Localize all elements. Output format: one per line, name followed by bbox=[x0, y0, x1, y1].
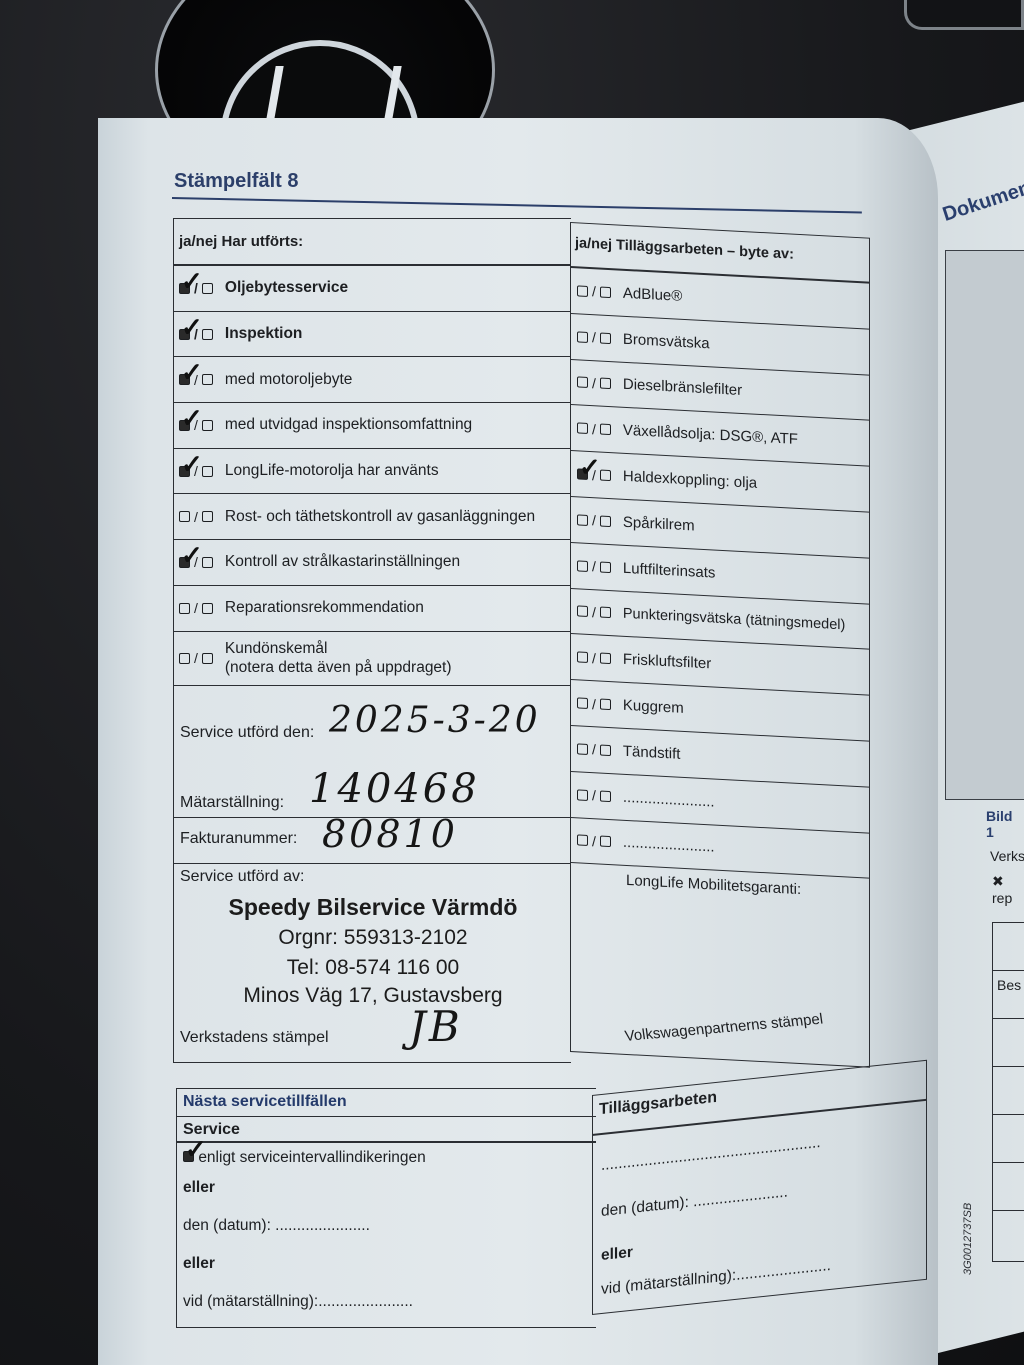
checklist-row: /med utvidgad inspektionsomfattning bbox=[174, 403, 571, 449]
slash-separator: / bbox=[592, 558, 596, 574]
workshop-orgnr: Orgnr: 559313-2102 bbox=[174, 926, 572, 950]
yes-no-checkbox-pair: / bbox=[577, 558, 611, 576]
checklist-label: ...................... bbox=[623, 788, 715, 810]
yes-checkbox[interactable] bbox=[179, 329, 190, 340]
table-row bbox=[993, 923, 1024, 971]
table-row bbox=[993, 1115, 1024, 1163]
longlife-guarantee-label: LongLife Mobilitetsgaranti: bbox=[626, 872, 801, 898]
checklist-row: /Kundönskemål(notera detta även på uppdr… bbox=[174, 632, 571, 686]
checklist-row: /med motoroljebyte bbox=[174, 357, 571, 403]
workshop-phone: Tel: 08-574 116 00 bbox=[174, 956, 572, 980]
checklist-label: ...................... bbox=[623, 834, 715, 856]
slash-separator: / bbox=[592, 742, 596, 758]
yes-checkbox[interactable] bbox=[577, 285, 588, 297]
no-checkbox[interactable] bbox=[202, 466, 213, 477]
odometer-label: Mätarställning: bbox=[180, 794, 284, 812]
right-page-table: Bes bbox=[992, 922, 1024, 1262]
invoice-label: Fakturanummer: bbox=[180, 830, 297, 848]
yes-no-checkbox-pair: / bbox=[179, 326, 213, 342]
service-interval-option[interactable]: enligt serviceintervallindikeringen bbox=[183, 1149, 426, 1167]
checklist-label: Tändstift bbox=[623, 743, 681, 763]
next-odometer-field[interactable]: vid (mätarställning):...................… bbox=[183, 1293, 413, 1311]
additional-work-field[interactable]: ........................................… bbox=[601, 1134, 821, 1175]
no-checkbox[interactable] bbox=[600, 744, 611, 756]
checklist-label: Punkteringsvätska (tätningsmedel) bbox=[623, 606, 845, 634]
additional-date-field[interactable]: den (datum): ...................... bbox=[601, 1183, 788, 1221]
yes-checkbox[interactable] bbox=[179, 603, 190, 614]
performed-work-table: ja/nej Har utförts: /Oljebytesservice/In… bbox=[173, 218, 571, 1063]
invoice-value[interactable]: 80810 bbox=[322, 812, 458, 856]
slash-separator: / bbox=[592, 284, 596, 300]
no-checkbox[interactable] bbox=[600, 790, 611, 802]
yes-no-checkbox-pair: / bbox=[577, 741, 611, 759]
yes-checkbox[interactable] bbox=[179, 557, 190, 568]
right-page-text: Verks bbox=[990, 848, 1024, 864]
no-checkbox[interactable] bbox=[202, 557, 213, 568]
no-checkbox[interactable] bbox=[600, 561, 611, 573]
workshop-address: Minos Väg 17, Gustavsberg bbox=[174, 984, 572, 1008]
or-label: eller bbox=[183, 1255, 215, 1273]
yes-no-checkbox-pair: / bbox=[577, 420, 611, 438]
additional-work-table: ja/nej Tilläggsarbeten – byte av: /AdBlu… bbox=[570, 222, 870, 1068]
vw-partner-stamp-label: Volkswagenpartnerns stämpel bbox=[624, 1011, 825, 1045]
checklist-label: LongLife-motorolja har använts bbox=[225, 462, 439, 480]
checklist-label: Friskluftsfilter bbox=[623, 651, 711, 673]
no-checkbox[interactable] bbox=[600, 836, 611, 848]
table-row bbox=[993, 1163, 1024, 1211]
yes-no-checkbox-pair: / bbox=[179, 650, 213, 666]
checklist-label-main: Kundönskemål bbox=[225, 639, 452, 658]
slash-separator: / bbox=[592, 787, 596, 803]
table-row bbox=[993, 1067, 1024, 1115]
signature: JB bbox=[409, 1002, 463, 1051]
no-checkbox[interactable] bbox=[600, 699, 611, 711]
checklist-label: Reparationsrekommendation bbox=[225, 599, 424, 617]
yes-checkbox[interactable] bbox=[577, 652, 588, 664]
yes-no-checkbox-pair: / bbox=[179, 280, 213, 296]
yes-no-checkbox-pair: / bbox=[179, 463, 213, 479]
yes-checkbox[interactable] bbox=[577, 514, 588, 526]
workshop-stamp-label: Verkstadens stämpel bbox=[180, 1029, 329, 1047]
yes-no-checkbox-pair: / bbox=[577, 832, 611, 850]
slash-separator: / bbox=[592, 329, 596, 345]
checklist-label: Kontroll av strålkastarinställningen bbox=[225, 553, 460, 571]
yes-checkbox[interactable] bbox=[577, 560, 588, 572]
right-page-text: ✖ rep bbox=[992, 873, 1024, 906]
right-page-figure bbox=[945, 250, 1024, 800]
no-checkbox[interactable] bbox=[202, 653, 213, 664]
table-row: Bes bbox=[993, 971, 1024, 1019]
slash-separator: / bbox=[592, 650, 596, 666]
performed-by-label: Service utförd av: bbox=[180, 868, 305, 886]
yes-checkbox[interactable] bbox=[577, 423, 588, 435]
or-label: eller bbox=[601, 1244, 633, 1265]
checklist-label: Inspektion bbox=[225, 325, 303, 343]
no-checkbox[interactable] bbox=[202, 603, 213, 614]
no-checkbox[interactable] bbox=[600, 286, 611, 298]
yes-no-checkbox-pair: / bbox=[577, 466, 611, 484]
workshop-stamp-block: Service utförd av: Speedy Bilservice Vär… bbox=[174, 864, 571, 1050]
table-row bbox=[993, 1019, 1024, 1067]
checklist-row: /Oljebytesservice bbox=[174, 266, 571, 312]
table-cell: Bes bbox=[997, 977, 1021, 993]
no-checkbox[interactable] bbox=[202, 420, 213, 431]
yes-checkbox[interactable] bbox=[179, 374, 190, 385]
yes-checkbox[interactable] bbox=[577, 743, 588, 755]
slash-separator: / bbox=[592, 833, 596, 849]
no-checkbox[interactable] bbox=[600, 378, 611, 390]
checklist-label-note: (notera detta även på uppdraget) bbox=[225, 658, 452, 677]
document-code: 3G0012737SB bbox=[962, 1203, 974, 1275]
checklist-label: Dieselbränslefilter bbox=[623, 376, 742, 399]
checklist-label: Kundönskemål(notera detta även på uppdra… bbox=[225, 639, 452, 677]
no-checkbox[interactable] bbox=[600, 607, 611, 619]
service-date-label: Service utförd den: bbox=[180, 724, 314, 742]
checklist-label: Luftfilterinsats bbox=[623, 559, 716, 581]
checklist-label: med motoroljebyte bbox=[225, 371, 353, 389]
yes-checkbox[interactable] bbox=[179, 511, 190, 522]
checklist-row: /Kontroll av strålkastarinställningen bbox=[174, 540, 571, 586]
yes-no-checkbox-pair: / bbox=[577, 512, 611, 530]
checklist-row: /Inspektion bbox=[174, 312, 571, 358]
service-date-block: Service utförd den: 2025-3-20 Mätarställ… bbox=[174, 686, 571, 818]
checklist-label: Växellådsolja: DSG®, ATF bbox=[623, 422, 798, 448]
or-label: eller bbox=[183, 1179, 215, 1197]
no-checkbox[interactable] bbox=[202, 374, 213, 385]
checklist-label: Rost- och täthetskontroll av gasanläggni… bbox=[225, 508, 535, 526]
checklist-label: Spårkilrem bbox=[623, 514, 695, 535]
checklist-label: Kuggrem bbox=[623, 697, 684, 717]
yes-no-checkbox-pair: / bbox=[577, 374, 611, 392]
performed-work-header: ja/nej Har utförts: bbox=[174, 219, 571, 266]
yes-no-checkbox-pair: / bbox=[577, 649, 611, 667]
yes-no-checkbox-pair: / bbox=[577, 329, 611, 347]
yes-no-checkbox-pair: / bbox=[179, 417, 213, 433]
no-checkbox[interactable] bbox=[600, 332, 611, 344]
yes-checkbox[interactable] bbox=[179, 420, 190, 431]
yes-checkbox[interactable] bbox=[577, 697, 588, 709]
checklist-label: Haldexkoppling: olja bbox=[623, 468, 757, 492]
checklist-row: /Rost- och täthetskontroll av gasanläggn… bbox=[174, 494, 571, 540]
next-service-title: Nästa servicetillfällen bbox=[177, 1089, 596, 1117]
yes-checkbox[interactable] bbox=[577, 789, 588, 801]
figure-label: Bild 1 bbox=[986, 808, 1024, 840]
yes-no-checkbox-pair: / bbox=[179, 372, 213, 388]
next-service-table: Nästa servicetillfällen Service enligt s… bbox=[176, 1088, 596, 1328]
yes-no-checkbox-pair: / bbox=[577, 695, 611, 713]
longlife-guarantee-block: LongLife Mobilitetsgaranti: Volkswagenpa… bbox=[571, 863, 869, 1079]
checklist-label: AdBlue® bbox=[623, 285, 682, 305]
invoice-block: Fakturanummer: 80810 bbox=[174, 818, 571, 864]
yes-no-checkbox-pair: / bbox=[179, 600, 213, 616]
checklist-row: /LongLife-motorolja har använts bbox=[174, 449, 571, 495]
checklist-row: /Reparationsrekommendation bbox=[174, 586, 571, 632]
slash-separator: / bbox=[592, 696, 596, 712]
service-date-value[interactable]: 2025-3-20 bbox=[329, 700, 541, 741]
no-checkbox[interactable] bbox=[600, 515, 611, 527]
next-date-field[interactable]: den (datum): ...................... bbox=[183, 1217, 370, 1235]
yes-checkbox[interactable] bbox=[577, 331, 588, 343]
service-interval-label: enligt serviceintervallindikeringen bbox=[198, 1149, 425, 1166]
checklist-label: Bromsvätska bbox=[623, 330, 710, 352]
no-checkbox[interactable] bbox=[202, 283, 213, 294]
odometer-value[interactable]: 140468 bbox=[309, 766, 480, 812]
yes-checkbox[interactable] bbox=[577, 468, 588, 480]
no-checkbox[interactable] bbox=[202, 329, 213, 340]
no-checkbox[interactable] bbox=[600, 653, 611, 665]
slash-separator: / bbox=[194, 650, 198, 666]
slash-separator: / bbox=[592, 421, 596, 437]
yes-checkbox[interactable] bbox=[577, 377, 588, 389]
slash-separator: / bbox=[194, 509, 198, 525]
yes-no-checkbox-pair: / bbox=[577, 603, 611, 621]
yes-checkbox[interactable] bbox=[179, 653, 190, 664]
yes-no-checkbox-pair: / bbox=[577, 787, 611, 805]
page-title: Stämpelfält 8 bbox=[174, 170, 298, 193]
service-interval-checkbox[interactable] bbox=[183, 1151, 194, 1162]
additional-odometer-field[interactable]: vid (mätarställning):...................… bbox=[601, 1257, 831, 1299]
next-additional-work: Tilläggsarbeten ........................… bbox=[592, 1060, 927, 1315]
yes-checkbox[interactable] bbox=[179, 466, 190, 477]
no-checkbox[interactable] bbox=[202, 511, 213, 522]
no-checkbox[interactable] bbox=[600, 470, 611, 482]
slash-separator: / bbox=[194, 600, 198, 616]
yes-checkbox[interactable] bbox=[179, 283, 190, 294]
yes-checkbox[interactable] bbox=[577, 606, 588, 618]
checklist-label: med utvidgad inspektionsomfattning bbox=[225, 416, 472, 434]
yes-checkbox[interactable] bbox=[577, 835, 588, 847]
yes-no-checkbox-pair: / bbox=[179, 509, 213, 525]
slash-separator: / bbox=[592, 375, 596, 391]
slash-separator: / bbox=[592, 604, 596, 620]
yes-no-checkbox-pair: / bbox=[577, 283, 611, 301]
checklist-label: Oljebytesservice bbox=[225, 279, 348, 297]
no-checkbox[interactable] bbox=[600, 424, 611, 436]
workshop-name: Speedy Bilservice Värmdö bbox=[174, 894, 572, 921]
service-header: Service bbox=[177, 1117, 596, 1143]
air-vent bbox=[904, 0, 1024, 30]
slash-separator: / bbox=[592, 513, 596, 529]
yes-no-checkbox-pair: / bbox=[179, 554, 213, 570]
